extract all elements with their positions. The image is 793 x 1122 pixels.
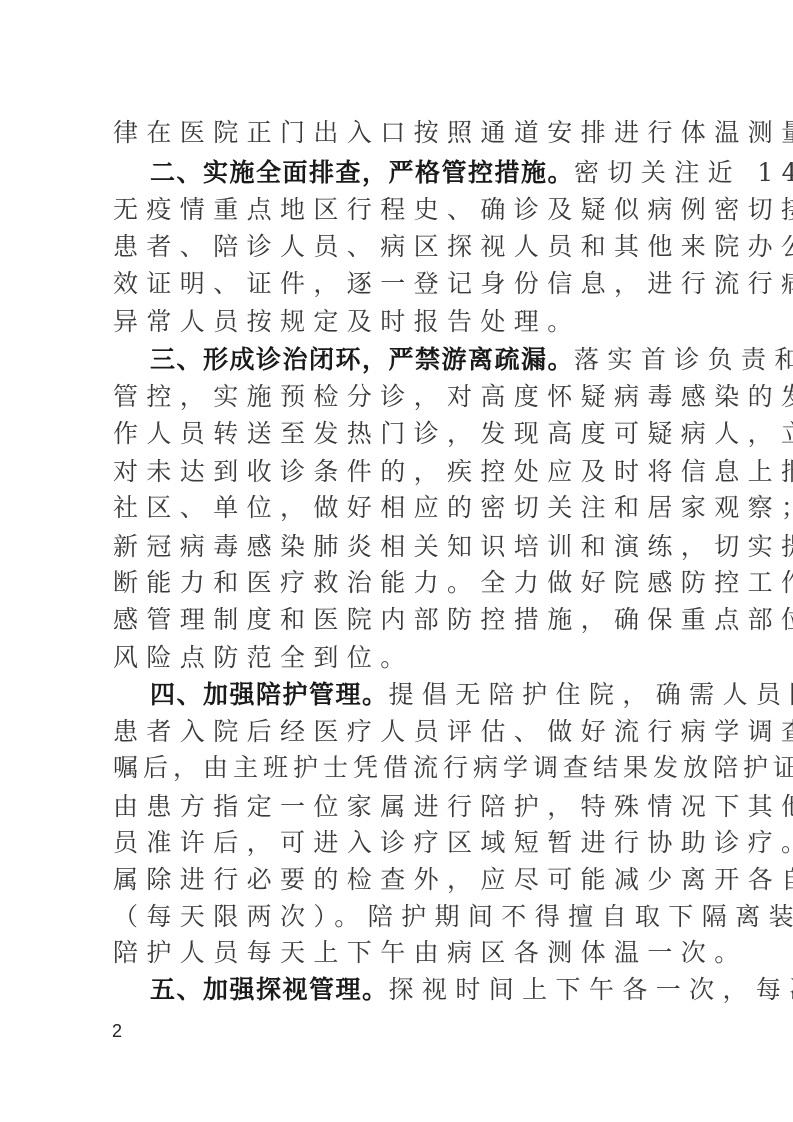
text-line: 管控，实施预检分诊，对高度怀疑病毒感染的发热病人，由工 <box>113 382 685 412</box>
body-text: 患者入院后经医疗人员评估、做好流行病学调查并开具陪护医 <box>113 717 793 746</box>
section-heading: 五、加强探视管理。 <box>150 975 389 1004</box>
body-text: 提倡无陪护住院，确需人员陪护者， <box>389 680 793 709</box>
text-line: 对未达到收诊条件的，疾控处应及时将信息上报并推送至相关 <box>113 457 685 487</box>
text-line: 异常人员按规定及时报告处理。 <box>113 307 685 337</box>
document-page: 律在医院正门出入口按照通道安排进行体温测量。 二、实施全面排查，严格管控措施。密… <box>0 0 793 1122</box>
text-line: 风险点防范全到位。 <box>113 643 685 673</box>
text-line: 无疫情重点地区行程史、确诊及疑似病例密切接触史。对门诊 <box>113 195 685 225</box>
section-4-heading-line: 四、加强陪护管理。提倡无陪护住院，确需人员陪护者， <box>150 680 685 710</box>
text-line: 作人员转送至发热门诊，发现高度可疑病人，立即收治留观； <box>113 419 685 449</box>
section-heading: 二、实施全面排查，严格管控措施。 <box>150 158 574 187</box>
body-text: 落实首诊负责和闭环 <box>574 345 793 374</box>
body-text: 员准许后，可进入诊疗区域短暂进行协助诊疗。患者及陪护家 <box>113 828 793 857</box>
body-text: 属除进行必要的检查外，应尽可能减少离开各自病房区域次数 <box>113 865 793 894</box>
body-text: 断能力和医疗救治能力。全力做好院感防控工作，严格落实院 <box>113 568 793 597</box>
body-text: 风险点防范全到位。 <box>113 643 414 672</box>
section-heading: 三、形成诊治闭环，严禁游离疏漏。 <box>150 345 574 374</box>
body-text: 密切关注近 14 天有 <box>574 158 793 187</box>
body-text: （每天限两次）。陪护期间不得擅自取下隔离装备（口罩）。 <box>113 902 793 931</box>
text-line: 律在医院正门出入口按照通道安排进行体温测量。 <box>113 118 685 148</box>
text-line: 患者、陪诊人员、病区探视人员和其他来院办公人员须出具有 <box>113 232 685 262</box>
text-line: 患者入院后经医疗人员评估、做好流行病学调查并开具陪护医 <box>113 717 685 747</box>
text-line: 新冠病毒感染肺炎相关知识培训和演练，切实提高医生鉴别诊 <box>113 532 685 562</box>
body-text: 感管理制度和医院内部防控措施，确保重点部位防控无死角、 <box>113 605 793 634</box>
text-line: 社区、单位，做好相应的密切关注和居家观察；做好医务人员 <box>113 493 685 523</box>
body-text: 患者、陪诊人员、病区探视人员和其他来院办公人员须出具有 <box>113 232 793 261</box>
body-text: 无疫情重点地区行程史、确诊及疑似病例密切接触史。对门诊 <box>113 195 793 224</box>
body-text: 作人员转送至发热门诊，发现高度可疑病人，立即收治留观； <box>113 419 793 448</box>
text-line: （每天限两次）。陪护期间不得擅自取下隔离装备（口罩）。 <box>113 902 685 932</box>
text-line: 由患方指定一位家属进行陪护，特殊情况下其他家属经医护人 <box>113 792 685 822</box>
body-text: 管控，实施预检分诊，对高度怀疑病毒感染的发热病人，由工 <box>113 382 793 411</box>
body-text: 效证明、证件，逐一登记身份信息，进行流行病学调查，体温 <box>113 269 793 298</box>
body-text: 异常人员按规定及时报告处理。 <box>113 307 581 336</box>
page-number: 2 <box>112 1021 122 1042</box>
section-2-heading-line: 二、实施全面排查，严格管控措施。密切关注近 14 天有 <box>150 158 685 188</box>
section-heading: 四、加强陪护管理。 <box>150 680 389 709</box>
section-5-heading-line: 五、加强探视管理。探视时间上下午各一次，每次时长不 <box>150 975 685 1005</box>
body-text: 嘱后，由主班护士凭借流行病学调查结果发放陪护证（见附件）， <box>113 753 793 782</box>
body-text: 陪护人员每天上下午由病区各测体温一次。 <box>113 938 748 967</box>
body-text: 社区、单位，做好相应的密切关注和居家观察；做好医务人员 <box>113 493 793 522</box>
text-line: 感管理制度和医院内部防控措施，确保重点部位防控无死角、 <box>113 605 685 635</box>
body-text: 律在医院正门出入口按照通道安排进行体温测量。 <box>113 118 793 147</box>
body-text: 新冠病毒感染肺炎相关知识培训和演练，切实提高医生鉴别诊 <box>113 532 793 561</box>
body-text: 由患方指定一位家属进行陪护，特殊情况下其他家属经医护人 <box>113 792 793 821</box>
text-line: 员准许后，可进入诊疗区域短暂进行协助诊疗。患者及陪护家 <box>113 828 685 858</box>
text-line: 效证明、证件，逐一登记身份信息，进行流行病学调查，体温 <box>113 269 685 299</box>
section-3-heading-line: 三、形成诊治闭环，严禁游离疏漏。落实首诊负责和闭环 <box>150 345 685 375</box>
text-line: 属除进行必要的检查外，应尽可能减少离开各自病房区域次数 <box>113 865 685 895</box>
body-text: 对未达到收诊条件的，疾控处应及时将信息上报并推送至相关 <box>113 457 793 486</box>
text-line: 嘱后，由主班护士凭借流行病学调查结果发放陪护证（见附件）， <box>113 753 685 783</box>
text-line: 断能力和医疗救治能力。全力做好院感防控工作，严格落实院 <box>113 568 685 598</box>
text-line: 陪护人员每天上下午由病区各测体温一次。 <box>113 938 685 968</box>
body-text: 探视时间上下午各一次，每次时长不 <box>389 975 793 1004</box>
